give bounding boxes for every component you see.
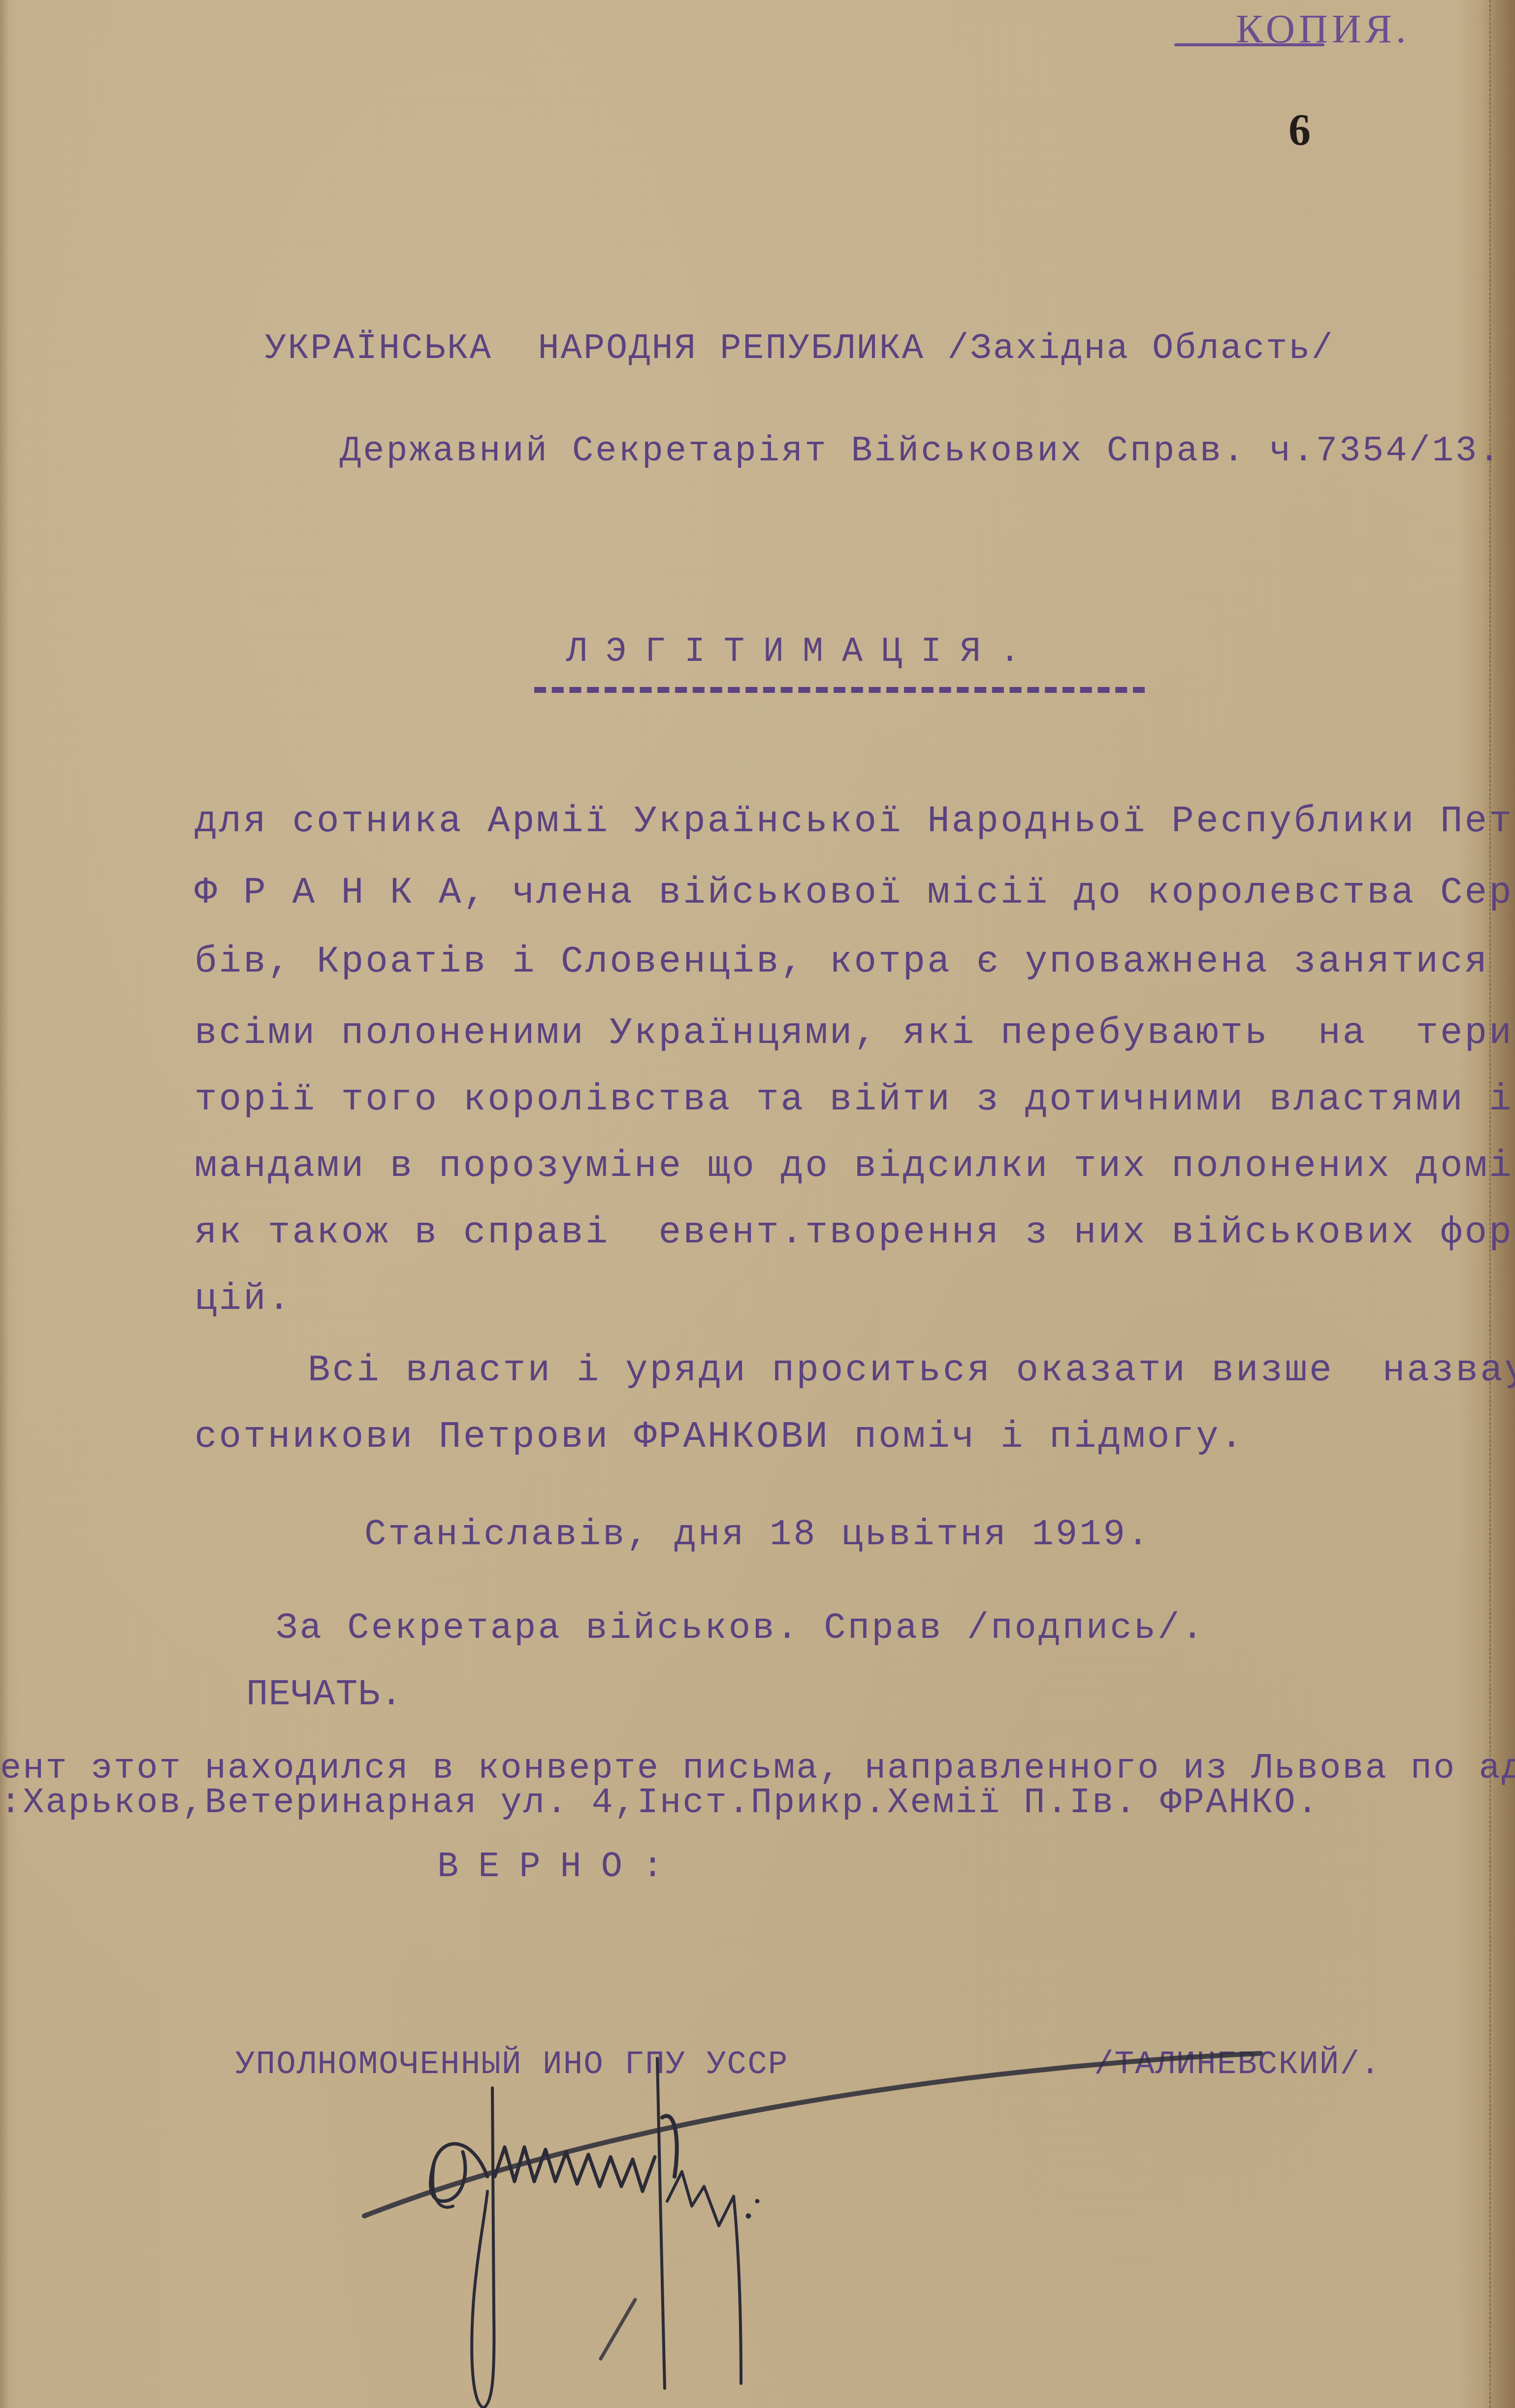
body-line: всіми полоненими Українцями, які перебув… <box>194 1014 1515 1052</box>
header-republic: УКРАЇНСЬКА НАРОДНЯ РЕПУБЛИКА /Західна Об… <box>265 331 1334 366</box>
archival-note-line: ент этот находился в конверте письма, на… <box>0 1751 1515 1786</box>
authorized-officer-title: УПОЛНОМОЧЕННЫЙ ИНО ГПУ УССР <box>235 2049 788 2081</box>
torn-right-edge <box>1489 0 1494 2408</box>
request-line: сотникови Петрови ФРАНКОВИ поміч і підмо… <box>194 1418 1245 1456</box>
body-line: як також в справі евент.творення з них в… <box>194 1214 1515 1251</box>
body-line: цій. <box>194 1280 292 1318</box>
title-underline <box>534 687 1145 693</box>
archival-note-line: :Харьков,Ветеринарная ул. 4,Інст.Прикр.Х… <box>0 1785 1320 1821</box>
verification-label: ВЕРНО: <box>437 1849 683 1885</box>
body-line: Ф Р А Н К А, члена військової місії до к… <box>194 874 1515 911</box>
secretary-signature-line: За Секретара військов. Справ /подпись/. <box>276 1610 1205 1647</box>
binding-edge <box>0 0 9 2408</box>
place-date-line: Станіславів, дня 18 цьвітня 1919. <box>364 1517 1151 1553</box>
body-line: мандами в порозуміне що до відсилки тих … <box>194 1147 1515 1185</box>
body-line: бів, Кроатів і Словенців, котра є уповаж… <box>194 943 1489 980</box>
copy-stamp-underline <box>1174 43 1324 46</box>
seal-label: ПЕЧАТЬ. <box>246 1677 403 1713</box>
header-secretariat: Державний Секретаріят Військових Справ. … <box>340 433 1502 469</box>
document-title: ЛЭГІТИМАЦІЯ. <box>566 635 1039 670</box>
page-number: 6 <box>1289 108 1312 153</box>
signer-name: /ТАЛИНЕВСКИЙ/. <box>1094 2049 1381 2081</box>
body-line: торії того королівства та війти з дотичн… <box>194 1081 1515 1118</box>
body-line: для сотника Армії Української Народньої … <box>194 803 1515 840</box>
request-line: Всі власти і уряди проситься оказати виз… <box>308 1352 1515 1389</box>
